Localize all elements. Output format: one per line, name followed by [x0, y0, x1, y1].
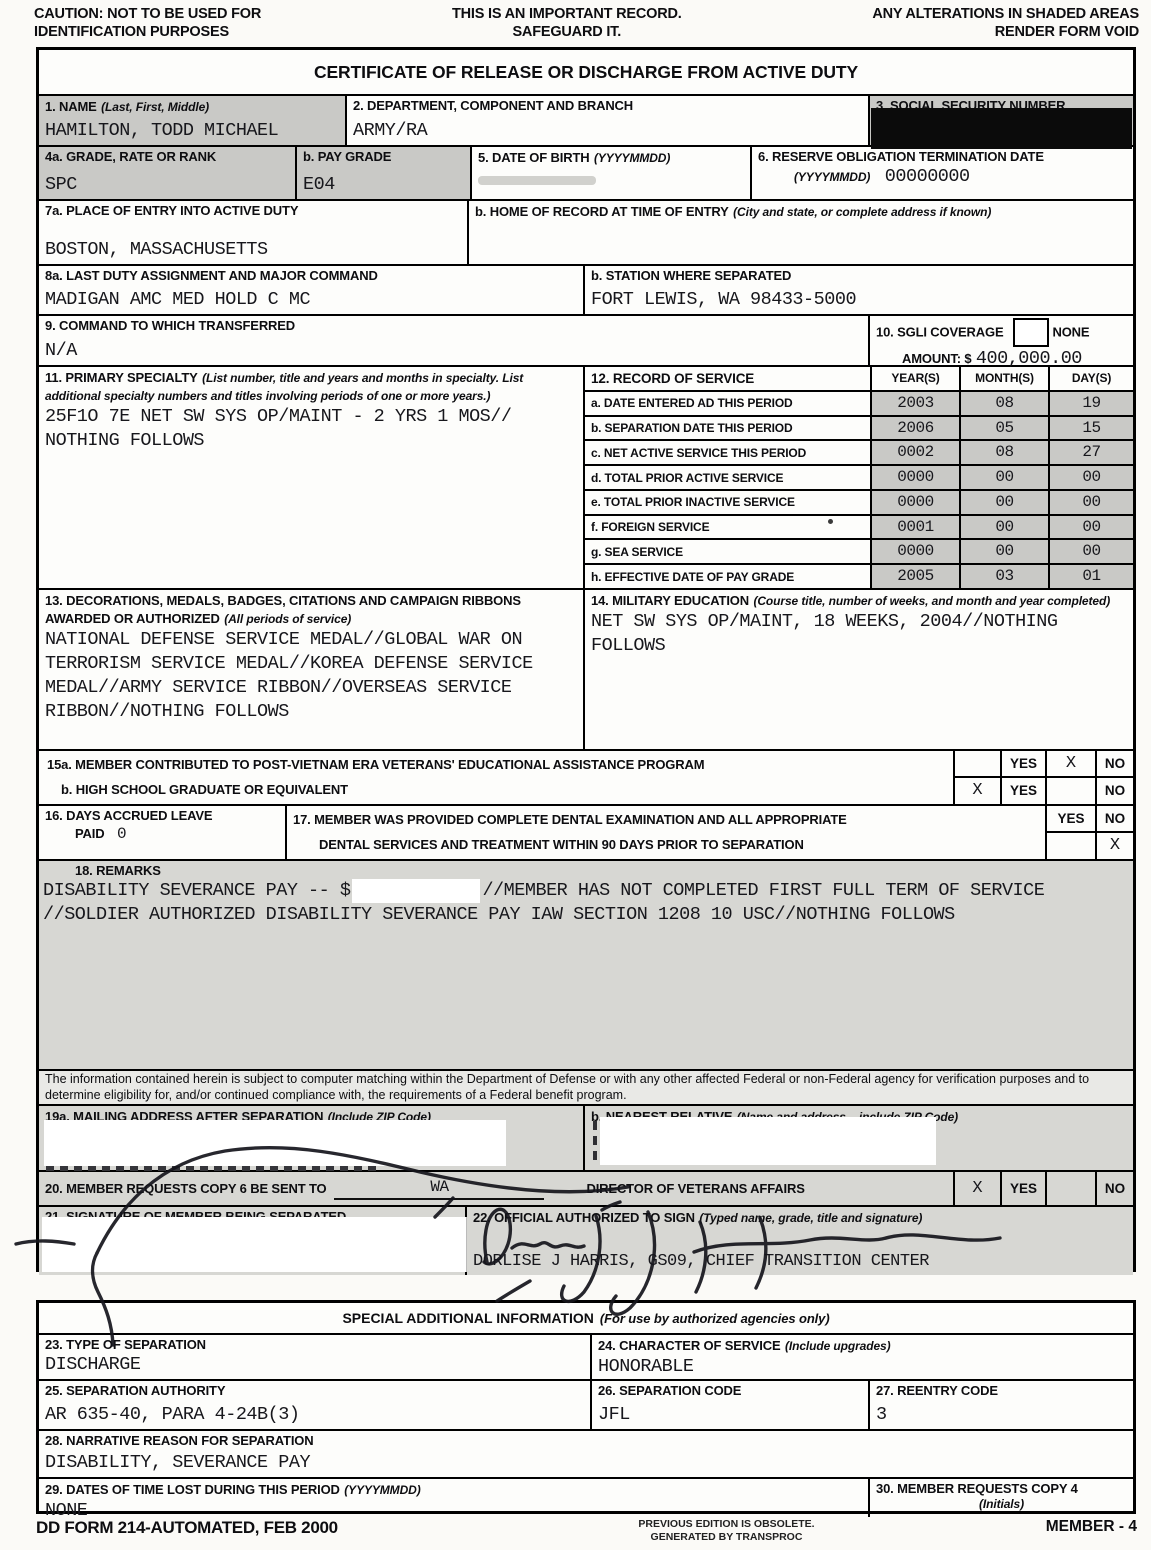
field-name-value: HAMILTON, TODD MICHAEL — [45, 119, 339, 143]
caution-header: CAUTION: NOT TO BE USED FOR IDENTIFICATI… — [34, 5, 1139, 41]
caution-center-line2: SAFEGUARD IT. — [452, 23, 682, 41]
field-reserve-obligation-label: 6. RESERVE OBLIGATION TERMINATION DATE — [758, 149, 1127, 165]
checkbox-17-no: X — [1095, 833, 1133, 860]
field-17-header-row: YES NO — [1045, 806, 1133, 833]
svc-row-e: e. TOTAL PRIOR INACTIVE SERVICE 0000 00 … — [585, 489, 1133, 514]
svc-row-h-days: 01 — [1048, 565, 1133, 588]
svc-row-a-years: 2003 — [870, 392, 959, 415]
svc-row-d-label: d. TOTAL PRIOR ACTIVE SERVICE — [585, 466, 870, 489]
checkbox-15a-yes — [953, 751, 1000, 778]
checkbox-20-yes: X — [953, 1172, 1000, 1205]
caution-left-line2: IDENTIFICATION PURPOSES — [34, 23, 261, 41]
field-military-education-label: 14. MILITARY EDUCATION — [591, 593, 749, 608]
field-remarks-label: 18. REMARKS — [43, 863, 1129, 879]
field-primary-specialty-label: 11. PRIMARY SPECIALTY — [45, 370, 198, 385]
remarks-line1-pre: DISABILITY SEVERANCE PAY -- $ — [43, 879, 350, 903]
svc-row-c-days: 27 — [1048, 441, 1133, 464]
svc-row-g: g. SEA SERVICE 0000 00 00 — [585, 538, 1133, 563]
field-time-lost: 29. DATES OF TIME LOST DURING THIS PERIO… — [39, 1479, 868, 1517]
svc-row-a: a. DATE ENTERED AD THIS PERIOD 2003 08 1… — [585, 390, 1133, 415]
field-reentry-code-value: 3 — [876, 1403, 1127, 1427]
row-18-remarks: 18. REMARKS DISABILITY SEVERANCE PAY -- … — [39, 859, 1133, 1069]
field-last-duty: 8a. LAST DUTY ASSIGNMENT AND MAJOR COMMA… — [39, 266, 583, 314]
field-copy6-fill-value: WA — [334, 1177, 544, 1200]
field-character-of-service-label: 24. CHARACTER OF SERVICE — [598, 1338, 781, 1353]
svc-row-g-months: 00 — [959, 540, 1048, 563]
field-copy6-label: 20. MEMBER REQUESTS COPY 6 BE SENT TO — [45, 1181, 326, 1197]
footer-edition-line2: GENERATED BY TRANSPROC — [496, 1531, 957, 1544]
field-character-of-service-value: HONORABLE — [598, 1355, 1127, 1379]
redacted-text-fragment-19a — [46, 1166, 376, 1171]
field-department-label: 2. DEPARTMENT, COMPONENT AND BRANCH — [353, 98, 862, 114]
field-home-of-record-label: b. HOME OF RECORD AT TIME OF ENTRY — [475, 204, 729, 219]
svc-row-d-days: 00 — [1048, 466, 1133, 489]
field-type-of-separation-label: 23. TYPE OF SEPARATION — [45, 1337, 584, 1353]
caution-center-line1: THIS IS AN IMPORTANT RECORD. — [452, 5, 682, 23]
row-4-5-6: 4a. GRADE, RATE OR RANK SPC b. PAY GRADE… — [39, 145, 1133, 199]
row-privacy-notice: The information contained herein is subj… — [39, 1069, 1133, 1104]
field-official-signature-label: 22. OFFICIAL AUTHORIZED TO SIGN — [473, 1210, 695, 1225]
field-17-answer-row: X — [1045, 833, 1133, 860]
field-station-separated-label: b. STATION WHERE SEPARATED — [591, 268, 1127, 284]
svc-row-h-years: 2005 — [870, 565, 959, 588]
redacted-text-fragment-19b-2 — [593, 1136, 597, 1145]
field-station-separated: b. STATION WHERE SEPARATED FORT LEWIS, W… — [583, 266, 1133, 314]
svc-row-a-months: 08 — [959, 392, 1048, 415]
field-dental: 17. MEMBER WAS PROVIDED COMPLETE DENTAL … — [285, 806, 1045, 859]
label-15b-yes: YES — [1000, 778, 1045, 805]
caution-center: THIS IS AN IMPORTANT RECORD. SAFEGUARD I… — [452, 5, 682, 41]
field-dental-label-line2: DENTAL SERVICES AND TREATMENT WITHIN 90 … — [293, 837, 1039, 853]
checkbox-15b-no — [1045, 778, 1095, 805]
field-pay-grade-value: E04 — [303, 173, 464, 197]
field-place-of-entry-value: BOSTON, MASSACHUSETTS — [45, 238, 461, 262]
footer-edition-line1: PREVIOUS EDITION IS OBSOLETE. — [496, 1518, 957, 1531]
field-grade: 4a. GRADE, RATE OR RANK SPC — [39, 147, 295, 199]
svc-row-e-months: 00 — [959, 491, 1048, 514]
svc-row-g-label: g. SEA SERVICE — [585, 540, 870, 563]
svc-row-c: c. NET ACTIVE SERVICE THIS PERIOD 0002 0… — [585, 439, 1133, 464]
field-type-of-separation: 23. TYPE OF SEPARATION DISCHARGE — [39, 1335, 590, 1379]
field-place-of-entry: 7a. PLACE OF ENTRY INTO ACTIVE DUTY BOST… — [39, 201, 467, 264]
field-last-duty-label: 8a. LAST DUTY ASSIGNMENT AND MAJOR COMMA… — [45, 268, 577, 284]
field-department: 2. DEPARTMENT, COMPONENT AND BRANCH ARMY… — [345, 96, 868, 145]
redacted-text-fragment-19b-1 — [593, 1121, 597, 1130]
record-of-service-table: 12. RECORD OF SERVICE YEAR(S) MONTH(S) D… — [583, 367, 1133, 588]
svc-row-h: h. EFFECTIVE DATE OF PAY GRADE 2005 03 0… — [585, 563, 1133, 588]
field-type-of-separation-value: DISCHARGE — [45, 1353, 584, 1377]
field-leave-label2: PAID — [75, 826, 105, 841]
sgli-amount-label: AMOUNT: $ — [902, 351, 971, 366]
sgli-amount-value: 400,000.00 — [976, 348, 1082, 369]
svc-row-e-years: 0000 — [870, 491, 959, 514]
field-reserve-obligation-hint: (YYYYMMDD) — [794, 170, 870, 184]
field-decorations-value: NATIONAL DEFENSE SERVICE MEDAL//GLOBAL W… — [45, 628, 577, 724]
field-character-of-service: 24. CHARACTER OF SERVICE (Include upgrad… — [590, 1335, 1133, 1379]
member-signature-redaction — [42, 1217, 467, 1272]
row-28: 28. NARRATIVE REASON FOR SEPARATION DISA… — [39, 1429, 1133, 1477]
field-15b-label: b. HIGH SCHOOL GRADUATE OR EQUIVALENT — [47, 782, 947, 798]
field-official-signature-hint: (Typed name, grade, title and signature) — [699, 1211, 922, 1225]
label-20-yes: YES — [1000, 1172, 1045, 1205]
field-sgli-coverage: 10. SGLI COVERAGENONE AMOUNT: $ 400,000.… — [868, 316, 1133, 365]
row-15: 15a. MEMBER CONTRIBUTED TO POST-VIETNAM … — [39, 749, 1133, 804]
svc-row-c-years: 0002 — [870, 441, 959, 464]
field-copy6-director-label: DIRECTOR OF VETERANS AFFAIRS — [586, 1181, 804, 1197]
field-military-education-hint: (Course title, number of weeks, and mont… — [753, 594, 1110, 608]
caution-left: CAUTION: NOT TO BE USED FOR IDENTIFICATI… — [34, 5, 261, 41]
field-pay-grade: b. PAY GRADE E04 — [295, 147, 470, 199]
pen-tick-mark — [497, 1281, 530, 1301]
svc-row-h-label: h. EFFECTIVE DATE OF PAY GRADE — [585, 565, 870, 588]
field-reserve-obligation-value: 00000000 — [885, 166, 970, 187]
field-20-checkboxes: X YES NO — [953, 1172, 1133, 1205]
field-military-education-value: NET SW SYS OP/MAINT, 18 WEEKS, 2004//NOT… — [591, 610, 1127, 658]
label-17-no: NO — [1095, 806, 1133, 833]
field-15a-checkbox-row: YES X NO — [953, 751, 1133, 778]
row-25-26-27: 25. SEPARATION AUTHORITY AR 635-40, PARA… — [39, 1379, 1133, 1429]
svc-row-f-months: 00 — [959, 516, 1048, 539]
row-16-17: 16. DAYS ACCRUED LEAVE PAID 0 17. MEMBER… — [39, 804, 1133, 859]
row-29-30: 29. DATES OF TIME LOST DURING THIS PERIO… — [39, 1477, 1133, 1517]
checkbox-15b-yes: X — [953, 778, 1000, 805]
field-narrative-reason: 28. NARRATIVE REASON FOR SEPARATION DISA… — [39, 1431, 1133, 1477]
svc-row-h-months: 03 — [959, 565, 1048, 588]
field-command-transferred: 9. COMMAND TO WHICH TRANSFERRED N/A — [39, 316, 868, 365]
field-grade-label: 4a. GRADE, RATE OR RANK — [45, 149, 289, 165]
field-15-checkboxes: YES X NO X YES NO — [953, 751, 1133, 804]
field-copy4-hint: (Initials) — [876, 1497, 1127, 1511]
field-15-labels: 15a. MEMBER CONTRIBUTED TO POST-VIETNAM … — [39, 751, 953, 804]
svc-row-b-years: 2006 — [870, 417, 959, 440]
remarks-line1-post: //MEMBER HAS NOT COMPLETED FIRST FULL TE… — [482, 879, 1044, 903]
field-date-of-birth: 5. DATE OF BIRTH (YYYYMMDD) — [470, 147, 750, 199]
field-leave-label: 16. DAYS ACCRUED LEAVE — [45, 808, 279, 824]
svc-row-a-days: 19 — [1048, 392, 1133, 415]
checkbox-17-yes — [1045, 833, 1095, 860]
svc-row-d-years: 0000 — [870, 466, 959, 489]
field-15a-label: 15a. MEMBER CONTRIBUTED TO POST-VIETNAM … — [47, 757, 947, 773]
svc-row-c-label: c. NET ACTIVE SERVICE THIS PERIOD — [585, 441, 870, 464]
dd214-scanned-form-page: CAUTION: NOT TO BE USED FOR IDENTIFICATI… — [0, 0, 1151, 1550]
remarks-amount-redaction — [352, 879, 480, 903]
row-9-10: 9. COMMAND TO WHICH TRANSFERRED N/A 10. … — [39, 314, 1133, 365]
field-last-duty-value: MADIGAN AMC MED HOLD C MC — [45, 288, 577, 312]
svc-col-days: DAY(S) — [1048, 367, 1133, 390]
field-dob-hint: (YYYYMMDD) — [594, 151, 670, 165]
form-title: CERTIFICATE OF RELEASE OR DISCHARGE FROM… — [39, 50, 1133, 94]
svc-row-g-days: 00 — [1048, 540, 1133, 563]
field-place-of-entry-label: 7a. PLACE OF ENTRY INTO ACTIVE DUTY — [45, 203, 461, 219]
field-reentry-code: 27. REENTRY CODE 3 — [868, 1381, 1133, 1429]
field-official-signature: 22. OFFICIAL AUTHORIZED TO SIGN (Typed n… — [465, 1207, 1133, 1275]
svc-row-d-months: 00 — [959, 466, 1048, 489]
dob-erased-smudge — [478, 176, 596, 185]
field-primary-specialty: 11. PRIMARY SPECIALTY (List number, titl… — [39, 367, 583, 588]
svc-row-b-days: 15 — [1048, 417, 1133, 440]
label-15a-no: NO — [1095, 751, 1133, 778]
field-pay-grade-label: b. PAY GRADE — [303, 149, 464, 165]
field-home-of-record-hint: (City and state, or complete address if … — [733, 205, 991, 219]
checkbox-15a-no: X — [1045, 751, 1095, 778]
field-sgli-label: 10. SGLI COVERAGE — [876, 325, 1003, 340]
label-15b-no: NO — [1095, 778, 1133, 805]
remarks-line2: //SOLDIER AUTHORIZED DISABILITY SEVERANC… — [43, 903, 1129, 927]
svc-row-e-label: e. TOTAL PRIOR INACTIVE SERVICE — [585, 491, 870, 514]
caution-right-line2: RENDER FORM VOID — [872, 23, 1139, 41]
svc-row-f-days: 00 — [1048, 516, 1133, 539]
field-reentry-code-label: 27. REENTRY CODE — [876, 1383, 1127, 1399]
label-17-yes: YES — [1045, 806, 1095, 833]
field-days-accrued-leave: 16. DAYS ACCRUED LEAVE PAID 0 — [39, 806, 285, 859]
row-20: 20. MEMBER REQUESTS COPY 6 BE SENT TO WA… — [39, 1170, 1133, 1205]
sgli-none-checkbox — [1013, 318, 1049, 347]
field-command-transferred-label: 9. COMMAND TO WHICH TRANSFERRED — [45, 318, 862, 334]
ssn-redaction-bar — [871, 108, 1132, 149]
field-separation-authority: 25. SEPARATION AUTHORITY AR 635-40, PARA… — [39, 1381, 590, 1429]
field-military-education: 14. MILITARY EDUCATION (Course title, nu… — [583, 590, 1133, 749]
field-department-value: ARMY/RA — [353, 119, 862, 143]
nearest-relative-redaction — [600, 1117, 936, 1165]
field-narrative-reason-value: DISABILITY, SEVERANCE PAY — [45, 1451, 1127, 1475]
svc-title: 12. RECORD OF SERVICE — [585, 367, 870, 390]
field-grade-value: SPC — [45, 173, 289, 197]
field-15b-checkbox-row: X YES NO — [953, 778, 1133, 805]
redacted-text-fragment-19b-3 — [593, 1151, 597, 1160]
row-23-24: 23. TYPE OF SEPARATION DISCHARGE 24. CHA… — [39, 1333, 1133, 1379]
svc-row-b-months: 05 — [959, 417, 1048, 440]
field-time-lost-hint: (YYYYMMDD) — [344, 1483, 420, 1497]
field-copy4-request: 30. MEMBER REQUESTS COPY 4 (Initials) — [868, 1479, 1133, 1517]
field-leave-value: 0 — [117, 825, 126, 843]
svc-row-c-months: 08 — [959, 441, 1048, 464]
field-home-of-record: b. HOME OF RECORD AT TIME OF ENTRY (City… — [467, 201, 1133, 264]
field-name-label: 1. NAME — [45, 99, 97, 114]
row-11-12: 11. PRIMARY SPECIALTY (List number, titl… — [39, 365, 1133, 588]
field-command-transferred-value: N/A — [45, 339, 862, 363]
special-info-title-row: SPECIAL ADDITIONAL INFORMATION (For use … — [39, 1303, 1133, 1333]
field-name-hint: (Last, First, Middle) — [101, 100, 209, 114]
label-15a-yes: YES — [1000, 751, 1045, 778]
svc-row-e-days: 00 — [1048, 491, 1133, 514]
svc-row-f: f. FOREIGN SERVICE 0001 00 00 — [585, 514, 1133, 539]
field-narrative-reason-label: 28. NARRATIVE REASON FOR SEPARATION — [45, 1433, 1127, 1449]
field-time-lost-label: 29. DATES OF TIME LOST DURING THIS PERIO… — [45, 1482, 340, 1497]
svc-row-d: d. TOTAL PRIOR ACTIVE SERVICE 0000 00 00 — [585, 464, 1133, 489]
special-info-hint: (For use by authorized agencies only) — [600, 1311, 830, 1326]
checkbox-20-no — [1045, 1172, 1095, 1205]
row-13-14: 13. DECORATIONS, MEDALS, BADGES, CITATIO… — [39, 588, 1133, 749]
privacy-notice-text: The information contained herein is subj… — [39, 1071, 1133, 1104]
field-separation-code-label: 26. SEPARATION CODE — [598, 1383, 862, 1399]
field-copy6-request: 20. MEMBER REQUESTS COPY 6 BE SENT TO WA… — [39, 1172, 953, 1205]
svc-row-g-years: 0000 — [870, 540, 959, 563]
field-dob-label: 5. DATE OF BIRTH — [478, 150, 589, 165]
row-7: 7a. PLACE OF ENTRY INTO ACTIVE DUTY BOST… — [39, 199, 1133, 264]
svc-row-f-label: f. FOREIGN SERVICE — [585, 516, 870, 539]
form-footer: DD FORM 214-AUTOMATED, FEB 2000 PREVIOUS… — [36, 1518, 1137, 1543]
field-separation-code: 26. SEPARATION CODE JFL — [590, 1381, 868, 1429]
field-official-typed-name: DORLISE J HARRIS, GS09, CHIEF TRANSITION… — [473, 1251, 1127, 1273]
caution-right: ANY ALTERATIONS IN SHADED AREAS RENDER F… — [872, 5, 1139, 41]
label-20-no: NO — [1095, 1172, 1133, 1205]
svc-col-months: MONTH(S) — [959, 367, 1048, 390]
field-name: 1. NAME (Last, First, Middle) HAMILTON, … — [39, 96, 345, 145]
svc-row-b-label: b. SEPARATION DATE THIS PERIOD — [585, 417, 870, 440]
svc-row-f-years: 0001 — [870, 516, 959, 539]
field-decorations-hint: (All periods of service) — [224, 612, 351, 626]
dd214-form: CERTIFICATE OF RELEASE OR DISCHARGE FROM… — [36, 47, 1136, 1272]
special-info-title: SPECIAL ADDITIONAL INFORMATION — [342, 1310, 593, 1326]
field-separation-code-value: JFL — [598, 1403, 862, 1427]
field-primary-specialty-value: 25F1O 7E NET SW SYS OP/MAINT - 2 YRS 1 M… — [45, 405, 577, 453]
scan-artifact-dot — [828, 519, 833, 524]
caution-right-line1: ANY ALTERATIONS IN SHADED AREAS — [872, 5, 1139, 23]
footer-form-id: DD FORM 214-AUTOMATED, FEB 2000 — [36, 1518, 496, 1538]
field-reserve-obligation: 6. RESERVE OBLIGATION TERMINATION DATE (… — [750, 147, 1133, 199]
special-additional-info-box: SPECIAL ADDITIONAL INFORMATION (For use … — [36, 1300, 1136, 1514]
field-decorations: 13. DECORATIONS, MEDALS, BADGES, CITATIO… — [39, 590, 583, 749]
field-separation-authority-value: AR 635-40, PARA 4-24B(3) — [45, 1403, 584, 1427]
sgli-none-label: NONE — [1052, 325, 1089, 340]
svc-col-years: YEAR(S) — [870, 367, 959, 390]
svc-header-row: 12. RECORD OF SERVICE YEAR(S) MONTH(S) D… — [585, 367, 1133, 390]
mailing-address-redaction — [44, 1120, 506, 1166]
field-station-separated-value: FORT LEWIS, WA 98433-5000 — [591, 288, 1127, 312]
field-dental-label-line1: 17. MEMBER WAS PROVIDED COMPLETE DENTAL … — [293, 812, 1039, 828]
svc-row-a-label: a. DATE ENTERED AD THIS PERIOD — [585, 392, 870, 415]
footer-edition-note: PREVIOUS EDITION IS OBSOLETE. GENERATED … — [496, 1518, 957, 1543]
row-8: 8a. LAST DUTY ASSIGNMENT AND MAJOR COMMA… — [39, 264, 1133, 314]
field-remarks: 18. REMARKS DISABILITY SEVERANCE PAY -- … — [39, 861, 1133, 1069]
field-copy4-label: 30. MEMBER REQUESTS COPY 4 — [876, 1481, 1127, 1497]
field-separation-authority-label: 25. SEPARATION AUTHORITY — [45, 1383, 584, 1399]
svc-row-b: b. SEPARATION DATE THIS PERIOD 2006 05 1… — [585, 415, 1133, 440]
footer-member-copy: MEMBER - 4 — [957, 1518, 1137, 1536]
field-character-of-service-hint: (Include upgrades) — [785, 1339, 891, 1353]
field-17-checkboxes: YES NO X — [1045, 806, 1133, 859]
caution-left-line1: CAUTION: NOT TO BE USED FOR — [34, 5, 261, 23]
